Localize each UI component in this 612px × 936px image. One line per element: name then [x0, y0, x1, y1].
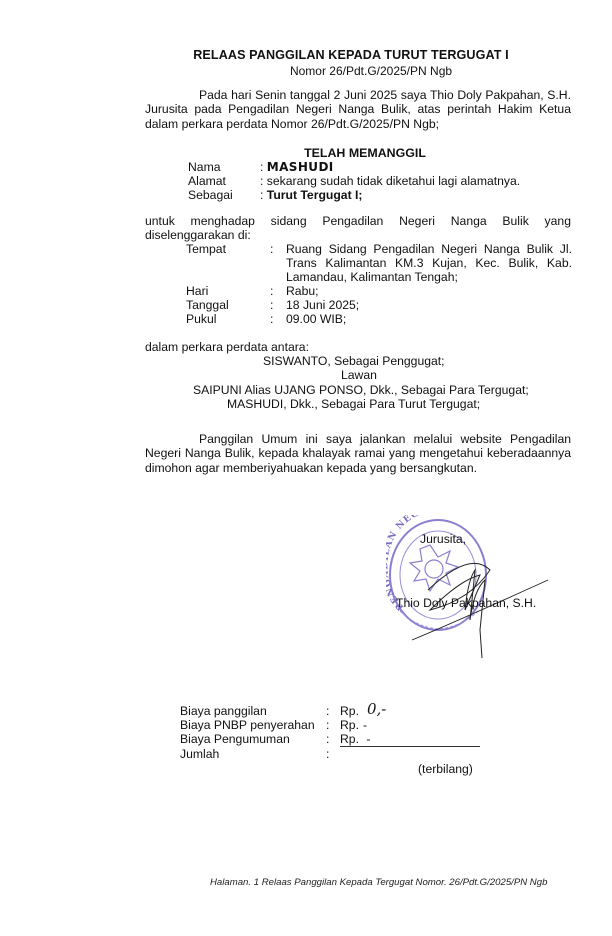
- costs-table: Biaya panggilan : Rp. 0,- Biaya PNBP pen…: [180, 704, 480, 761]
- hearing-day: Hari : Rabu;: [186, 284, 572, 298]
- hearing-date: Tanggal : 18 Juni 2025;: [186, 298, 572, 312]
- opening-paragraph: Pada hari Senin tanggal 2 Juni 2025 saya…: [145, 88, 571, 131]
- cost-row-total: Jumlah :: [180, 747, 480, 761]
- colon: :: [260, 174, 267, 188]
- hearing-label: Tempat: [186, 242, 270, 284]
- parties: SISWANTO, Sebagai Penggugat; Lawan SAIPU…: [145, 354, 571, 411]
- cost-currency: Rp.: [340, 718, 359, 732]
- hearing-intro: untuk menghadap sidang Pengadilan Negeri…: [145, 214, 571, 243]
- summoned-details: Nama : MASHUDI Alamat : sekarang sudah t…: [188, 160, 568, 202]
- hearing-value: Ruang Sidang Pengadilan Negeri Nanga Bul…: [286, 242, 572, 284]
- cost-handwritten: -: [366, 732, 370, 746]
- summoned-heading: TELAH MEMANGGIL: [0, 146, 612, 160]
- colon: :: [270, 284, 286, 298]
- colon: :: [260, 160, 267, 174]
- hearing-label: Tanggal: [186, 298, 270, 312]
- parties-intro: dalam perkara perdata antara:: [145, 340, 571, 354]
- cost-currency: Rp.: [340, 732, 359, 746]
- versus: Lawan: [145, 368, 571, 382]
- cost-handwritten: 0,-: [367, 704, 386, 718]
- cost-row: Biaya PNBP penyerahan : Rp. -: [180, 718, 480, 732]
- document-title: RELAAS PANGGILAN KEPADA TURUT TERGUGAT I: [0, 48, 612, 62]
- cost-row: Biaya panggilan : Rp. 0,-: [180, 704, 480, 718]
- spelled-note: (terbilang): [418, 762, 473, 776]
- field-label: Alamat: [188, 174, 260, 188]
- field-value-name: MASHUDI: [267, 160, 334, 174]
- hearing-value: Rabu;: [286, 284, 319, 298]
- colon: :: [326, 718, 340, 732]
- field-alamat: Alamat : sekarang sudah tidak diketahui …: [188, 174, 568, 188]
- colon: :: [260, 188, 267, 202]
- cost-label: Jumlah: [180, 747, 326, 761]
- colon: :: [270, 242, 286, 284]
- colon: :: [270, 312, 286, 326]
- field-value-address: sekarang sudah tidak diketahui lagi alam…: [267, 174, 520, 188]
- colon: :: [270, 298, 286, 312]
- hearing-time: Pukul : 09.00 WIB;: [186, 312, 572, 326]
- defendants: SAIPUNI Alias UJANG PONSO, Dkk., Sebagai…: [145, 383, 571, 397]
- hearing-place: Tempat : Ruang Sidang Pengadilan Negeri …: [186, 242, 572, 284]
- field-label: Nama: [188, 160, 260, 174]
- cost-row: Biaya Pengumuman : Rp. -: [180, 732, 480, 747]
- hearing-label: Hari: [186, 284, 270, 298]
- signatory-name: Thio Doly Pakpahan, S.H.: [396, 596, 536, 610]
- hearing-value: 09.00 WIB;: [286, 312, 346, 326]
- cost-label: Biaya Pengumuman: [180, 732, 326, 747]
- field-label: Sebagai: [188, 188, 260, 202]
- cost-currency: Rp.: [340, 704, 359, 718]
- hearing-details: Tempat : Ruang Sidang Pengadilan Negeri …: [186, 242, 572, 326]
- field-value-role: Turut Tergugat I;: [267, 188, 363, 202]
- hearing-label: Pukul: [186, 312, 270, 326]
- hearing-value: 18 Juni 2025;: [286, 298, 359, 312]
- field-sebagai: Sebagai : Turut Tergugat I;: [188, 188, 568, 202]
- cost-label: Biaya PNBP penyerahan: [180, 718, 326, 732]
- colon: :: [326, 732, 340, 747]
- case-number: Nomor 26/Pdt.G/2025/PN Ngb: [0, 64, 612, 78]
- field-nama: Nama : MASHUDI: [188, 160, 568, 174]
- colon: :: [326, 747, 340, 761]
- co-defendants: MASHUDI, Dkk., Sebagai Para Turut Tergug…: [145, 397, 571, 411]
- cost-line: Rp. -: [340, 732, 480, 747]
- cost-handwritten: -: [363, 718, 367, 732]
- closing-paragraph: Panggilan Umum ini saya jalankan melalui…: [145, 432, 571, 475]
- cost-label: Biaya panggilan: [180, 704, 326, 718]
- page-footer: Halaman. 1 Relaas Panggilan Kepada Tergu…: [210, 877, 547, 888]
- plaintiff: SISWANTO, Sebagai Penggugat;: [145, 354, 571, 368]
- colon: :: [326, 704, 340, 718]
